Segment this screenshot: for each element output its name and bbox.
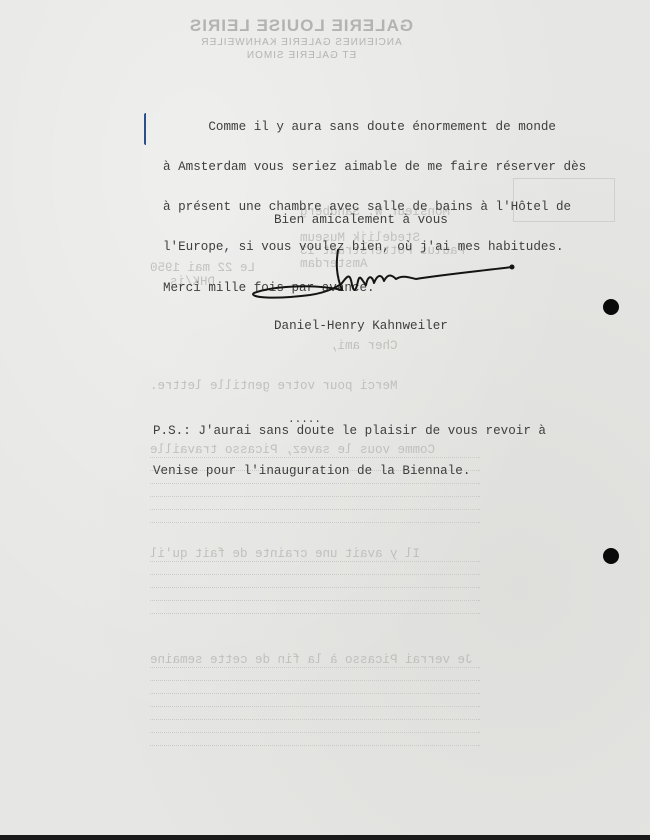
- letter-page: GALERIE LOUISE LEIRIS ANCIENNES GALERIE …: [0, 0, 650, 840]
- margin-pen-mark: [144, 113, 149, 145]
- signer-name: Daniel-Henry Kahnweiler: [274, 320, 448, 333]
- bleed-texture-line: [150, 667, 480, 670]
- paragraph-line: à Amsterdam vous seriez aimable de me fa…: [163, 161, 586, 174]
- letterhead-line1-bleedthrough: ANCIENNES GALERIE KAHNWEILER: [0, 37, 626, 48]
- postscript-line: Venise pour l'inauguration de la Biennal…: [153, 465, 546, 478]
- scan-edge: [0, 835, 650, 840]
- bleed-texture-line: [150, 600, 480, 603]
- bleed-texture-line: [150, 561, 480, 564]
- bleed-texture-line: [150, 522, 480, 525]
- bleed-texture-line: [150, 719, 480, 722]
- bleed-line-4: Je verrai Picasso à la fin de cette sema…: [150, 654, 473, 667]
- postscript: P.S.: J'aurai sans doute le plaisir de v…: [153, 398, 546, 505]
- bleed-texture-line: [150, 680, 480, 683]
- bleed-texture-line: [150, 613, 480, 616]
- bleed-texture-line: [150, 574, 480, 577]
- letterhead-title-bleedthrough: GALERIE LOUISE LEIRIS: [0, 16, 626, 36]
- bleed-salutation: Cher ami,: [330, 340, 398, 353]
- postscript-line: P.S.: J'aurai sans doute le plaisir de v…: [153, 425, 546, 438]
- bleed-line-1: Merci pour votre gentille lettre.: [150, 380, 398, 393]
- closing-line: Bien amicalement à vous: [274, 214, 448, 227]
- bleed-texture-line: [150, 693, 480, 696]
- punch-hole: [603, 299, 619, 315]
- paragraph-line: Comme il y aura sans doute énormement de…: [163, 121, 586, 134]
- bleed-texture-line: [150, 732, 480, 735]
- bleed-texture-line: [150, 706, 480, 709]
- bleed-texture-line: [150, 509, 480, 512]
- signature: [250, 245, 520, 305]
- bleed-texture-line: [150, 587, 480, 590]
- bleed-texture-line: [150, 745, 480, 748]
- letterhead-line2-bleedthrough: ET GALERIE SIMON: [0, 50, 626, 61]
- separator: .....: [288, 414, 321, 427]
- bleed-line-3: Il y avait une crainte de fait qu'il: [150, 548, 420, 561]
- punch-hole: [603, 548, 619, 564]
